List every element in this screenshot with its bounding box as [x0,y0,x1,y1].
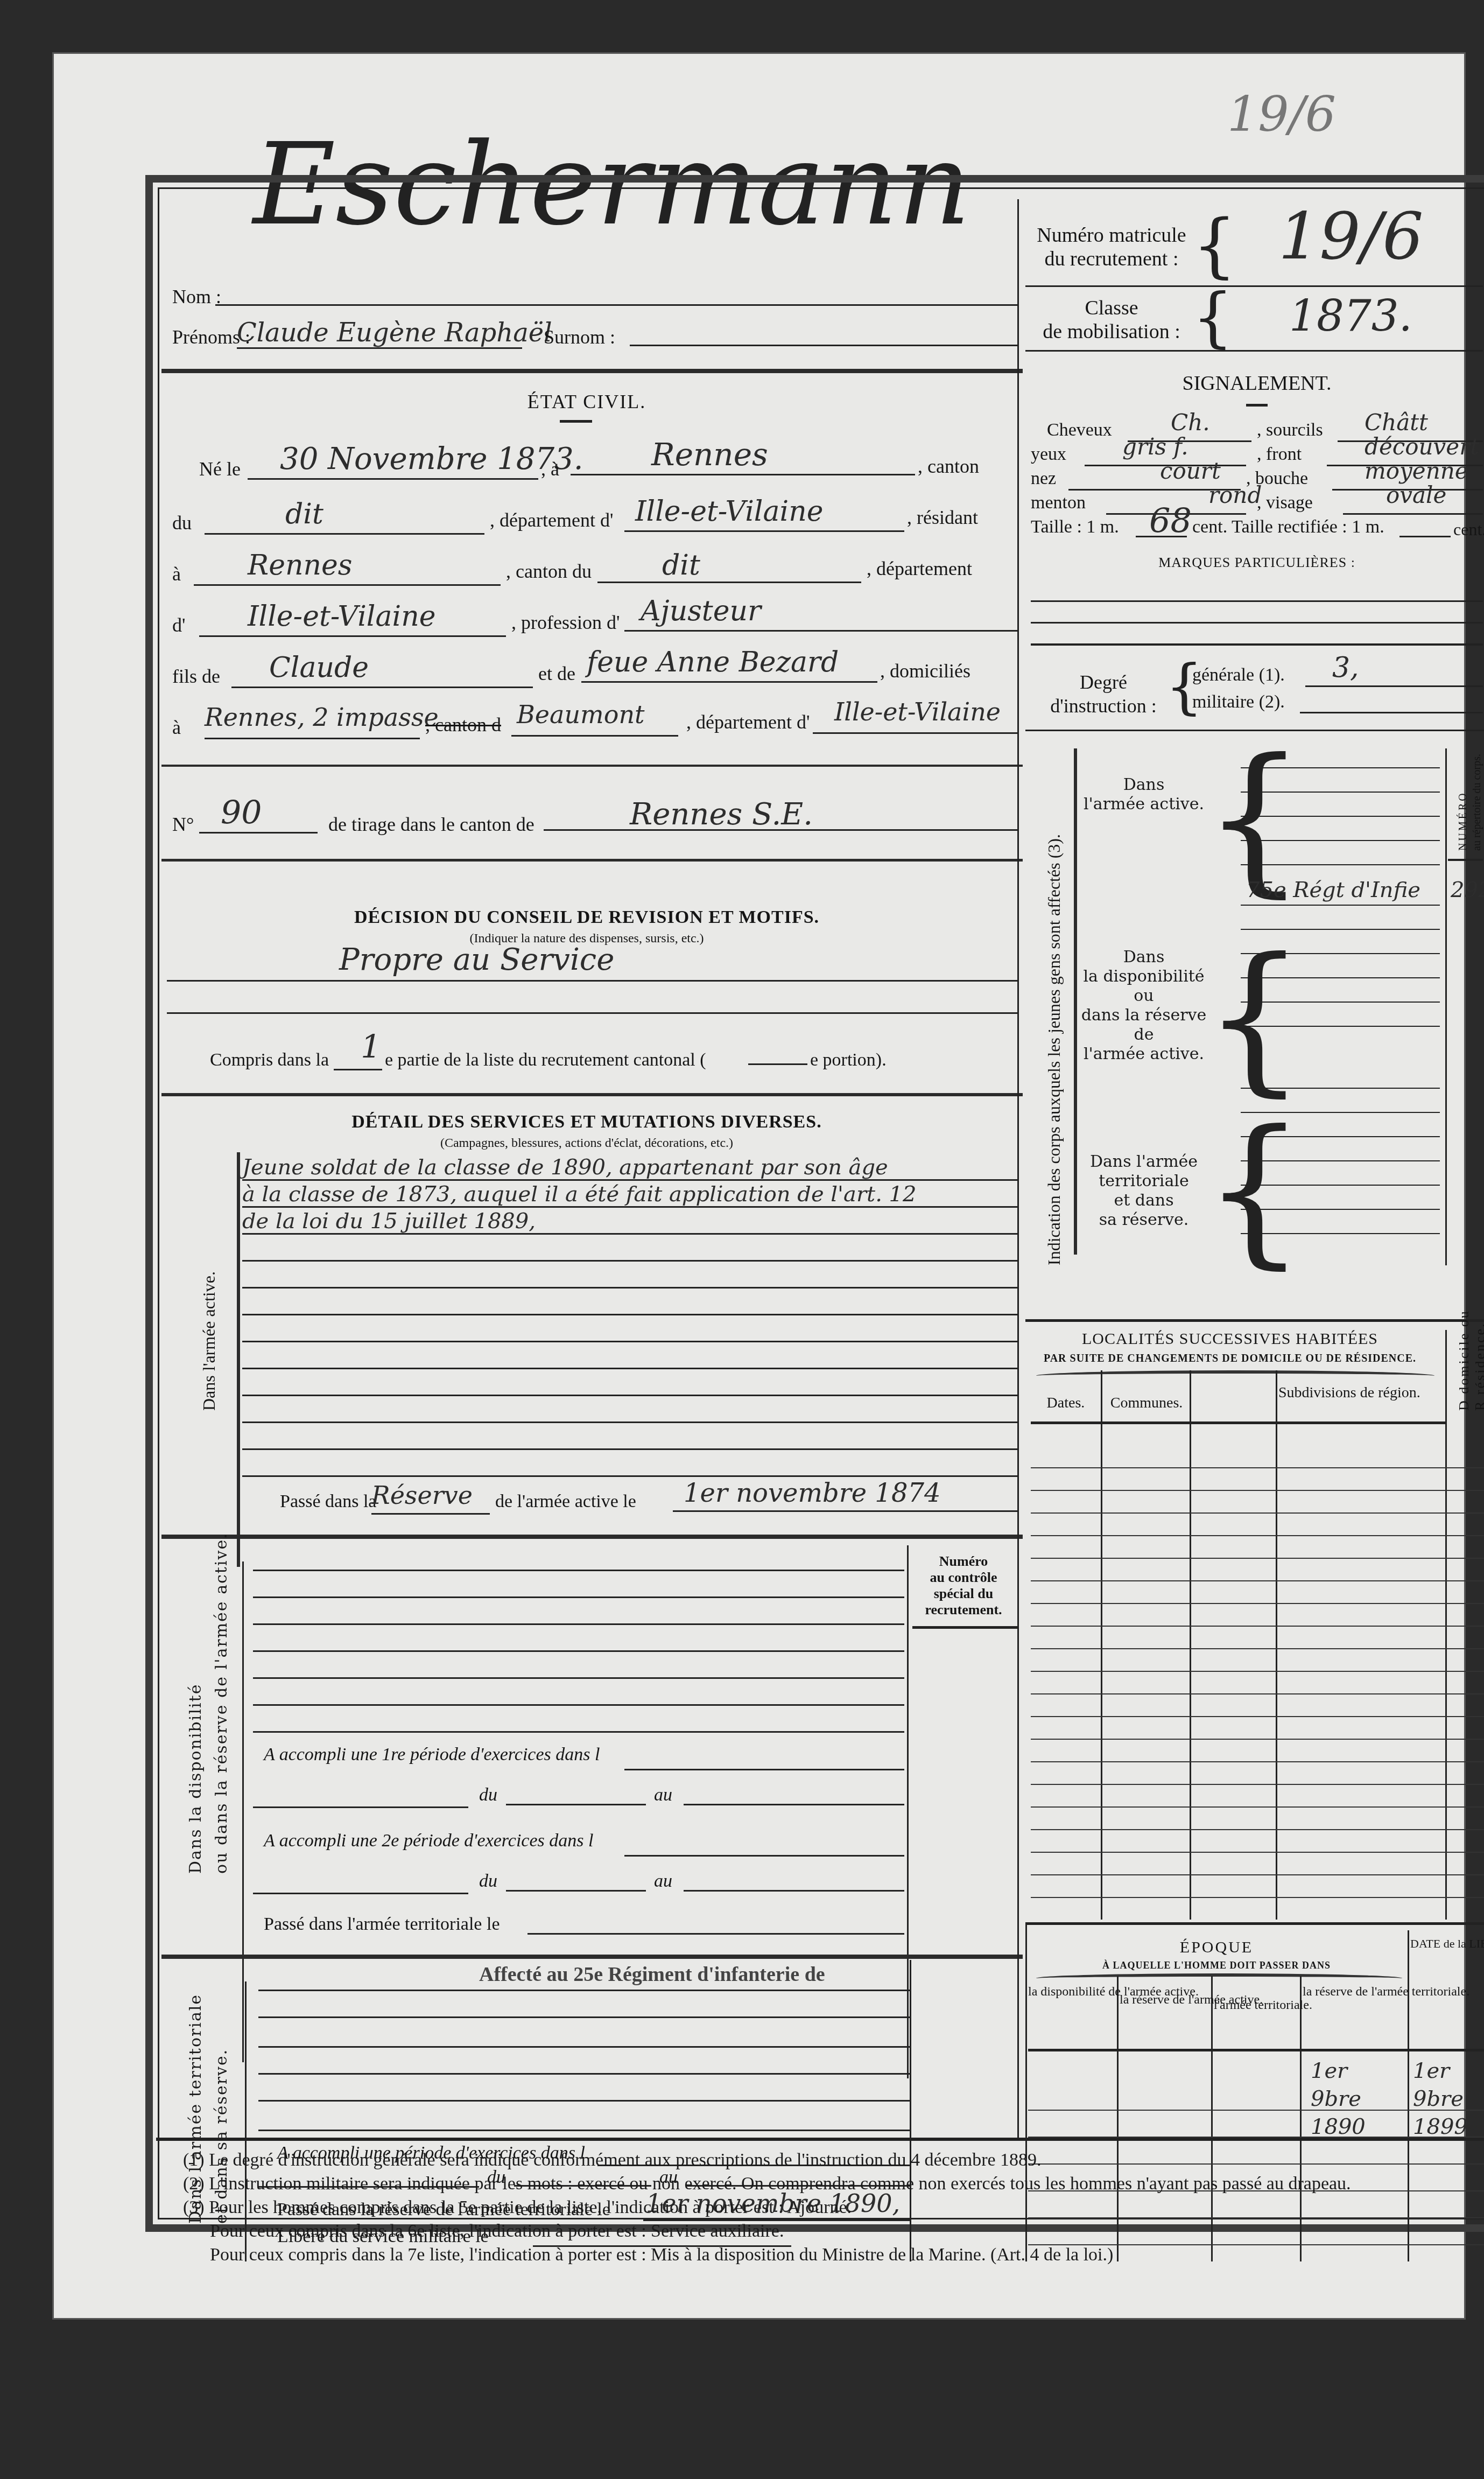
localites-col-dates: Dates. [1031,1395,1101,1412]
numero-header-line: spécial du [910,1586,1017,1602]
du-label: du [479,1785,497,1805]
compris-line [334,1069,382,1070]
ne-le-label: Né le [199,458,241,480]
sig-value-menton[interactable]: rond [1208,482,1262,508]
sig-label-cheveux: Cheveux [1047,420,1112,440]
res-dep-prefix: d' [172,614,186,636]
degre-label-line: Degré [1042,670,1165,694]
services-subtitle: (Campagnes, blessures, actions d'éclat, … [156,1136,1017,1151]
dispo-rule [253,1704,904,1706]
canton-label: , canton [918,455,979,478]
sig-value-visage[interactable]: ovale [1386,482,1446,508]
periode1-label: A accompli une 1re période d'exercices d… [264,1745,600,1765]
corps-rule [1241,816,1440,817]
du-line [205,533,484,535]
ne-le-value[interactable]: 30 Novembre 1873. [280,442,583,477]
domicilies-label: , domiciliés [880,660,970,682]
classe-label-line: Classe [1025,296,1198,320]
disponibilite-side-label-1: Dans la disponibilité [183,1532,209,1874]
localites-col-subdivisions: Subdivisions de région. [1278,1384,1375,1402]
corps-rule [1241,1002,1440,1003]
affectation-stamp: Affecté au 25e Régiment d'infanterie de [479,1963,825,1986]
au-label: au [654,1871,672,1892]
mere-line [581,681,877,683]
generale-value[interactable]: 3, [1332,652,1359,684]
epoque-col-reserve-territoriale: la réserve de l'armée territoriale. [1303,1984,1408,1999]
numero-repertoire-divider [1445,748,1447,1265]
degre-label-line: d'instruction : [1042,694,1165,718]
militaire-field[interactable] [1300,712,1483,713]
pere-value[interactable]: Claude [269,652,369,684]
section-divider [161,1093,1023,1096]
group-label-line: la disponibilité [1079,967,1208,986]
corps-group-active-label: Dans l'armée active. [1079,775,1208,814]
matricule-value[interactable]: 19/6 [1278,199,1423,274]
terr-rule [258,1990,910,1991]
a-label: , à [541,458,559,480]
dom-a-value[interactable]: Rennes, 2 impasse [205,703,439,732]
footnotes: (1) Le degré d'instruction générale sera… [183,2148,1484,2267]
localites-subtitle: PAR SUITE DE CHANGEMENTS DE DOMICILE OU … [1020,1353,1440,1365]
classe-label: Classe de mobilisation : [1025,296,1198,344]
passe-territoriale-label: Passé dans l'armée territoriale le [264,1914,500,1935]
passe-line [371,1513,490,1515]
compris-value[interactable]: 1 [361,1028,381,1066]
corps-rule [1241,1160,1440,1161]
cent-label: cent. [1453,520,1484,540]
marques-title: MARQUES PARTICULIÈRES : [1020,555,1484,571]
surnom-line [630,345,1017,346]
marques-line [1031,600,1483,602]
tirage-canton-line [544,829,1017,831]
dom-canton-value[interactable]: Beaumont [517,700,645,729]
departement-label: , département d' [490,509,613,531]
register-page: 19/6 Eschermann Nom : Prénoms : Claude E… [54,54,1464,2318]
disponibilite-side-label: Dans la disponibilité ou dans la réserve… [183,1532,235,1874]
terr-rule [258,2073,910,2075]
services-rule [242,1448,1017,1450]
decision-line-1 [167,980,1017,982]
passe-value[interactable]: Réserve [371,1481,473,1510]
terr-rule [258,2016,910,2018]
corps-entry-disponibilite[interactable]: 75e Régt d'Infie [1246,878,1420,902]
sig-label-menton: menton [1031,493,1086,513]
group-label-line: Dans [1079,775,1208,795]
matricule-divider [1025,285,1483,287]
periode2-label: A accompli une 2e période d'exercices da… [264,1831,593,1851]
nom-label: Nom : [172,285,221,308]
numero-column-divider [907,1545,909,2078]
dispo-rule [253,1731,904,1733]
ne-le-line [248,478,538,480]
dom-canton-label: , canton d [425,713,501,736]
localites-empty-rows[interactable] [1031,1446,1484,1903]
passe-label: Passé dans la [280,1491,376,1512]
footnote-3: (3) Pour les hommes compris dans la 5e p… [183,2196,1484,2219]
profession-value[interactable]: Ajusteur [641,595,761,627]
dispo-rule [253,1677,904,1679]
res-canton-line [597,582,861,583]
group-label-line: Dans [1079,948,1208,967]
corps-rule [1241,1185,1440,1186]
compris-suffix: e partie de la liste du recrutement cant… [385,1050,706,1070]
sig-value-sourcils[interactable]: Châtt [1365,409,1428,436]
periode2-field[interactable] [624,1855,904,1857]
departement-line [624,530,904,532]
tirage-canton-value[interactable]: Rennes S.E. [630,797,813,832]
corps-group-territoriale-label: Dans l'armée territoriale et dans sa rés… [1079,1152,1208,1230]
brace-icon: { [1203,738,1306,899]
degre-label: Degré d'instruction : [1042,670,1165,718]
terr-rule [258,2100,910,2102]
sig-label-sourcils: , sourcils [1257,420,1323,440]
corps-rule [1241,767,1440,768]
nom-line [215,304,1017,306]
periode1-field[interactable] [624,1769,904,1770]
res-a-value[interactable]: Rennes [248,549,352,582]
numero-header-rule [912,1626,1017,1629]
footnote-2: (2) L'instruction militaire sera indiqué… [183,2172,1484,2196]
dispo-rule [253,1623,904,1625]
services-rule [242,1368,1017,1369]
res-a-label: à [172,563,181,585]
localites-col-communes: Communes. [1103,1395,1190,1412]
section-divider [161,1955,1023,1959]
footnote-3c: Pour ceux compris dans la 7e liste, l'in… [183,2243,1484,2267]
classe-value[interactable]: 1873. [1289,291,1412,341]
mere-value[interactable]: feue Anne Bezard [587,646,839,678]
epoque-subtitle: À LAQUELLE L'HOMME DOIT PASSER DANS [1025,1960,1408,1971]
signalement-title: SIGNALEMENT. [1020,372,1484,395]
du-value[interactable]: dit [285,498,323,530]
services-side-label: Dans l'armée active. [199,1271,219,1411]
footnote-3b: Pour ceux compris dans la 6e liste, l'in… [183,2219,1484,2243]
taille-suffix: cent. Taille rectifiée : 1 m. [1192,517,1384,537]
taille-value[interactable]: 68 [1149,501,1192,540]
res-dep-line [199,635,506,637]
tirage-no-line [199,832,318,834]
localites-title: LOCALITÉS SUCCESSIVES HABITÉES [1020,1330,1440,1348]
decision-value[interactable]: Propre au Service [339,942,614,977]
services-title: DÉTAIL DES SERVICES ET MUTATIONS DIVERSE… [156,1112,1017,1132]
au-label: au [654,1785,672,1805]
corps-rule [1241,1112,1440,1113]
passe-mid: de l'armée active le [495,1491,636,1512]
profession-line [624,630,1017,632]
group-label-line: dans la réserve [1079,1006,1208,1025]
tirage-no-label: N° [172,813,194,836]
du-label: du [479,1871,497,1892]
left-column: Nom : Prénoms : Claude Eugène Raphaël Su… [156,183,1017,2100]
passe-date[interactable]: 1er novembre 1874 [684,1478,941,1508]
fils-label: fils de [172,665,220,688]
portion-suffix: e portion). [810,1050,887,1070]
group-label-line: territoriale [1079,1172,1208,1191]
epoque-col-reserve-active: la réserve de l'armée active. [1120,1992,1211,2007]
corps-rule [1241,1136,1440,1137]
corps-rule [1241,1026,1440,1027]
brace-icon: { [1203,1109,1306,1271]
pencil-page-number: 19/6 [1227,86,1336,143]
services-rule [242,1475,1017,1477]
sig-label-nez: nez [1031,468,1056,489]
res-dep-value[interactable]: Ille-et-Vilaine [248,600,435,633]
matricule-label: Numéro matricule du recrutement : [1025,223,1198,271]
corps-rule [1241,905,1440,906]
epoque-col-territoriale: l'armée territoriale. [1214,1998,1300,2013]
passe-territoriale-field[interactable] [528,1933,904,1935]
passe-date-line [673,1510,1017,1512]
corps-rule [1241,977,1440,978]
numero-header-rule [1448,859,1483,861]
surnom-label: Surnom : [544,326,615,348]
sig-value-front[interactable]: découvert [1365,433,1479,460]
disponibilite-brace [242,1561,244,2062]
sig-value-bouche[interactable]: moyenne [1365,458,1468,484]
tirage-no-value[interactable]: 90 [221,794,262,832]
prenoms-line [237,347,522,349]
dom-a-label: à [172,716,181,739]
services-rule [242,1287,1017,1288]
section-divider [1031,643,1483,646]
services-line-1[interactable]: Jeune soldat de la classe de 1890, appar… [242,1155,888,1180]
corps-rule [1241,1233,1440,1234]
services-rule [242,1260,1017,1262]
services-line-2[interactable]: à la classe de 1873, auquel il a été fai… [242,1182,916,1207]
generale-label: générale (1). [1192,665,1285,685]
classe-label-line: de mobilisation : [1025,320,1198,344]
group-label-line: ou [1079,986,1208,1006]
taille-line [1136,536,1187,537]
terr-rule [258,2130,910,2131]
sig-label-yeux: yeux [1031,444,1066,465]
corps-rule [1241,953,1440,954]
sig-label-visage: , visage [1257,493,1313,513]
group-label-line: de [1079,1025,1208,1045]
sig-value-nez[interactable]: court [1160,458,1221,484]
ornamental-brace [1036,1370,1434,1381]
compris-label: Compris dans la [210,1050,329,1070]
localites-header-rule [1031,1421,1445,1424]
group-label-line: l'armée active. [1079,795,1208,814]
liberation-header: DATE de la LIBÉRATION du service militai… [1410,1936,1484,1952]
numero-header-line: NUMÉRO [1456,754,1470,851]
periode1-du-field[interactable] [506,1804,646,1805]
section-divider [161,1535,1023,1539]
services-rule [242,1341,1017,1342]
group-label-line: sa réserve. [1079,1210,1208,1230]
section-divider [1025,1922,1484,1925]
services-line-3[interactable]: de la loi du 15 juillet 1889, [242,1209,536,1234]
corps-rule [1241,840,1440,841]
matricule-label-line: du recrutement : [1025,247,1198,271]
corps-group-disponibilite-label: Dans la disponibilité ou dans la réserve… [1079,948,1208,1064]
brace-icon: { [1192,285,1233,350]
dom-a-line [205,738,420,739]
du-label: du [172,512,192,534]
decision-title: DÉCISION DU CONSEIL DE REVISION ET MOTIF… [156,907,1017,928]
birth-place-value[interactable]: Rennes [651,436,768,473]
brace-icon: { [1192,210,1237,280]
residant-label: , résidant [907,506,978,529]
numero-header-line: recrutement. [910,1602,1017,1618]
numero-header-line: au répertoire du corps. [1470,754,1484,851]
section-divider [1025,1319,1484,1322]
sig-label-front: , front [1257,444,1302,465]
pere-line [231,687,533,688]
numero-header-line: Numéro [910,1553,1017,1570]
corps-rule [1241,792,1440,793]
etat-civil-title: ÉTAT CIVIL. [156,390,1017,413]
side-col-line: D domicile ou [1456,1309,1472,1411]
taille-rectifiee-field[interactable] [1399,536,1451,537]
corps-rule [1241,864,1440,865]
dispo-rule [253,1650,904,1652]
taille-label: Taille : 1 m. [1031,517,1119,537]
right-column: Numéro matricule du recrutement : { 19/6… [1020,183,1484,2132]
res-departement-label: , département [867,557,972,580]
group-label-line: et dans [1079,1191,1208,1210]
services-rule [242,1421,1017,1423]
dom-dep-value[interactable]: Ille-et-Vilaine [834,697,1001,726]
footnote-1: (1) Le degré d'instruction générale sera… [183,2148,1484,2172]
sig-value-cheveux[interactable]: Ch. [1171,409,1210,436]
section-divider [161,859,1023,862]
corps-rule [1241,1209,1440,1210]
corps-brace [1074,748,1077,1255]
portion-line [748,1063,807,1065]
res-canton-label: , canton du [506,560,592,583]
dom-dep-label: , département d' [686,711,810,733]
dom-dep-line [813,732,1017,734]
et-de-label: et de [538,662,575,685]
periode2-au-field[interactable] [684,1890,904,1892]
section-divider [161,765,1023,767]
services-brace [237,1152,240,1567]
periode1-au-field[interactable] [684,1804,904,1805]
periode2-du-field[interactable] [506,1890,646,1892]
prenoms-value[interactable]: Claude Eugène Raphaël [237,318,552,348]
sig-line [1343,513,1483,515]
dom-canton-line [511,735,678,737]
militaire-label: militaire (2). [1192,692,1285,712]
dispo-rule [253,1570,904,1571]
disponibilite-side-label-2: ou dans la réserve de l'armée active. [209,1532,235,1874]
footnotes-divider [156,2138,1484,2141]
title-rule [560,420,592,423]
tirage-label: de tirage dans le canton de [328,813,534,836]
marques-line [1031,622,1483,624]
group-label-line: Dans l'armée [1079,1152,1208,1172]
section-divider [161,369,1023,373]
corps-rule [1241,929,1440,930]
group-label-line: l'armée active. [1079,1045,1208,1064]
services-rule [242,1233,1017,1235]
profession-label: , profession d' [511,611,620,634]
column-divider [1017,199,1019,2138]
services-rule [242,1395,1017,1396]
classe-divider [1025,350,1483,352]
title-rule [1246,404,1268,407]
services-rule [242,1314,1017,1315]
services-rule [242,1179,1017,1181]
dispo-rule [253,1596,904,1598]
ornamental-brace [1036,1973,1402,1983]
epoque-header-rule [1028,2049,1484,2051]
birth-place-line [571,474,915,475]
res-a-line [194,584,501,586]
matricule-label-line: Numéro matricule [1025,223,1198,247]
corps-numero-value[interactable]: 2929 [1451,878,1484,902]
brace-icon: { [1203,937,1306,1098]
generale-line [1305,685,1483,687]
corps-side-label: Indication des corps auxquels les jeunes… [1044,834,1064,1265]
localites-side-col: D domicile ou R résidence. [1456,1309,1484,1411]
corps-rule [1241,1088,1440,1089]
epoque-title: ÉPOQUE [1025,1938,1408,1957]
terr-rule [258,2046,910,2048]
epoque-col-disponibilite: la disponibilité de l'armée active. [1028,1984,1117,1999]
departement-value[interactable]: Ille-et-Vilaine [635,495,823,528]
numero-repertoire-header: NUMÉRO au répertoire du corps. [1456,754,1484,851]
services-rule [242,1206,1017,1208]
numero-header-line: au contrôle [910,1570,1017,1586]
periode1-lieu-field[interactable] [253,1806,468,1808]
side-col-line: R résidence. [1472,1309,1484,1411]
decision-line-2 [167,1012,1017,1014]
numero-controle-header: Numéro au contrôle spécial du recrutemen… [910,1553,1017,1618]
sig-value-yeux[interactable]: gris f. [1122,433,1188,460]
periode2-lieu-field[interactable] [253,1893,468,1894]
res-canton-value[interactable]: dit [662,549,700,582]
